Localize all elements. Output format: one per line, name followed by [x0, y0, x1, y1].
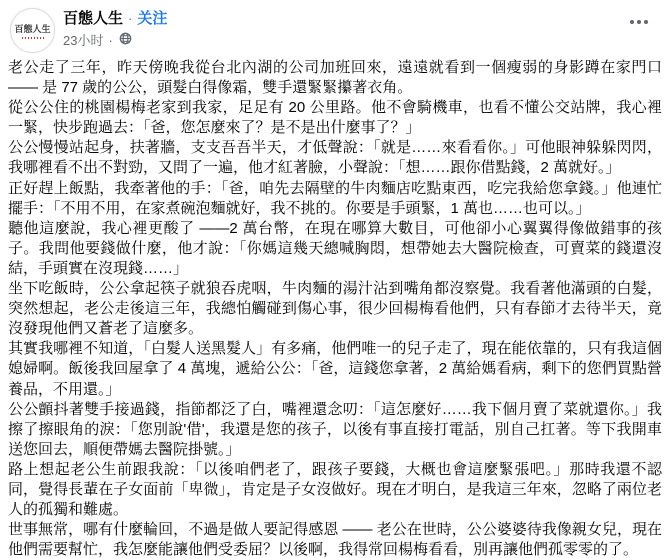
post-paragraph: 路上想起老公生前跟我說：「以後咱們老了，跟孩子要錢，大概也會這麼緊張吧。」那時我… — [8, 460, 662, 520]
avatar-logo-text: 百態人生 — [14, 22, 50, 35]
timestamp[interactable]: 23小时 — [63, 33, 103, 49]
facebook-post: 百態人生 百態人生 · 关注 23小时 · — [0, 0, 670, 558]
dot-separator: · — [108, 33, 112, 49]
post-paragraph: 老公走了三年，昨天傍晚我從台北內湖的公司加班回來，遠遠就看到一個瘦弱的身影蹲在家… — [8, 58, 662, 98]
post-paragraph: 聽他這麼說，我心裡更酸了 ——2 萬台幣，在現在哪算大數目，可他卻小心翼翼得像做… — [8, 219, 662, 279]
post-body: 老公走了三年，昨天傍晚我從台北內湖的公司加班回來，遠遠就看到一個瘦弱的身影蹲在家… — [0, 55, 670, 558]
post-header: 百態人生 百態人生 · 关注 23小时 · — [0, 0, 670, 55]
post-paragraph: 其實我哪裡不知道，「白髮人送黑髮人」有多痛，他們唯一的兒子走了，現在能依靠的，只… — [8, 339, 662, 399]
globe-privacy-icon — [119, 32, 132, 49]
post-paragraph: 公公慢慢站起身，扶著牆，支支吾吾半天，才低聲說：「就是……來看看你。」可他眼神躲… — [8, 138, 662, 178]
avatar[interactable]: 百態人生 — [10, 8, 55, 53]
post-paragraph: 正好趕上飯點，我牽著他的手：「爸，咱先去隔壁的牛肉麵店吃點東西，吃完我給您拿錢。… — [8, 179, 662, 219]
post-paragraph: 從公公住的桃園楊梅老家到我家，足足有 20 公里路。他不會騎機車，也看不懂公交站… — [8, 98, 662, 138]
header-text: 百態人生 · 关注 23小时 · — [63, 8, 167, 49]
author-name[interactable]: 百態人生 — [63, 9, 123, 29]
post-paragraph: 世事無常，哪有什麼輪回，不過是做人要記得感恩 —— 老公在世時，公公婆婆待我像親… — [8, 520, 662, 558]
post-paragraph: 公公顫抖著雙手接過錢，指節都泛了白，嘴裡還念叨：「這怎麼好……我下個月賣了菜就還… — [8, 400, 662, 460]
avatar-logo-subtext — [22, 37, 44, 39]
dot-separator: · — [128, 9, 132, 29]
more-options-icon[interactable] — [626, 14, 652, 30]
post-paragraph: 坐下吃飯時，公公拿起筷子就狼吞虎咽，牛肉麵的湯汁沾到嘴角都沒察覺。我看著他滿頭的… — [8, 279, 662, 339]
follow-button[interactable]: 关注 — [137, 9, 167, 29]
